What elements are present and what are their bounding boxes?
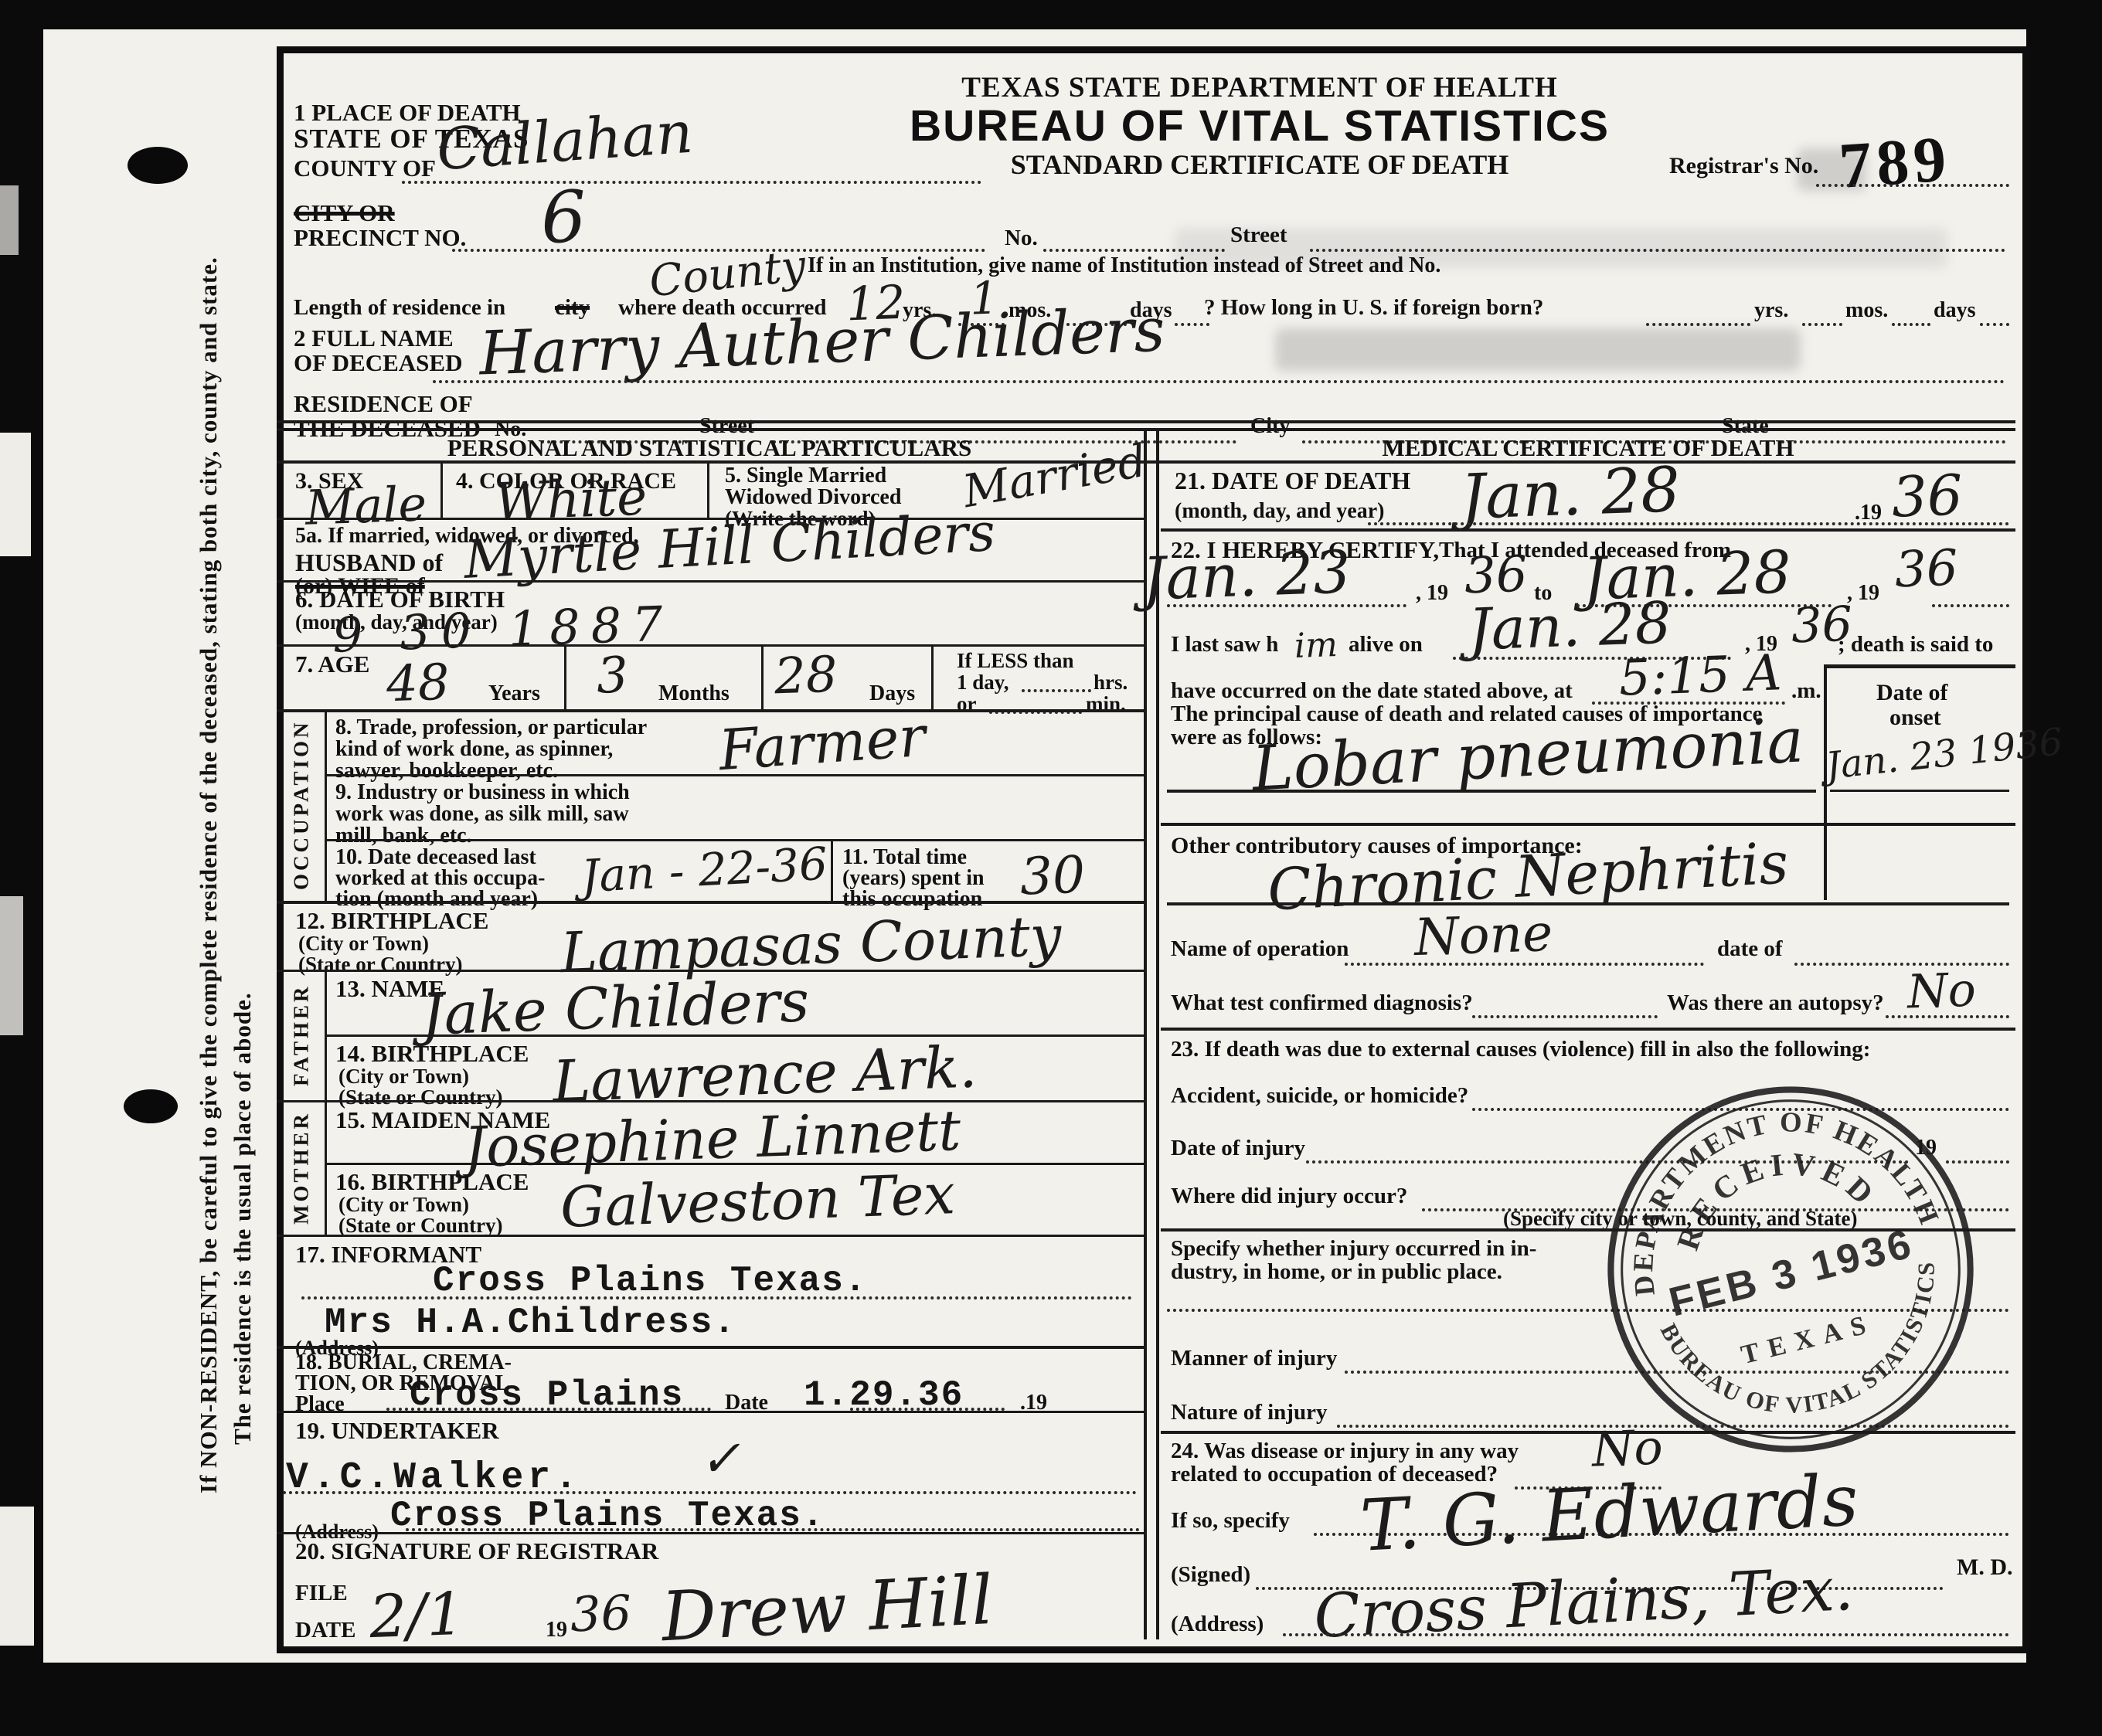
file-label: FILE [295,1581,348,1606]
q16-label: 16. BIRTHPLACE [335,1168,529,1196]
street-dotted-line [1310,249,2005,252]
row-rule [1161,823,2015,826]
q22-dotted [1932,604,2009,607]
onset-label-1: Date of [1876,680,1947,706]
no-label: No. [1005,226,1038,251]
row-rule [325,1163,1144,1165]
punch-hole [128,147,188,184]
q20-label: 20. SIGNATURE OF REGISTRAR [295,1537,658,1565]
street-label: Street [1230,223,1287,248]
length-dotted [1802,323,1842,326]
test-dotted [1472,1015,1658,1018]
to-19-label: , 19 [1847,581,1879,606]
undertaker-dotted [283,1491,1137,1494]
age-months-value: 3 [596,647,629,705]
q24-label-1: 24. Was disease or injury in any way [1171,1439,1519,1464]
cell-line [325,1100,327,1235]
min-label: min. [1086,692,1126,716]
date-label: DATE [295,1618,355,1643]
section-rule [277,420,2015,423]
informant-place-value: Cross Plains Texas. [433,1261,868,1301]
precinct-value: 6 [539,175,587,260]
cell-line [761,644,764,709]
q12-label: 12. BIRTHPLACE [295,907,488,935]
file-date-value: 2/1 [368,1579,464,1651]
onset-box-line [1824,664,1827,900]
age-years-value: 48 [386,654,451,714]
registrar-no-label: Registrar's No. [1669,153,1818,179]
contrib-underline [1167,902,2009,905]
cause-underline [1167,790,1816,793]
days-cell-label: Days [869,681,915,706]
dept-title: TEXAS STATE DEPARTMENT OF HEALTH [819,71,1700,104]
death-date-value: Jan. 28 [1459,454,1681,533]
dateof-dotted [1794,963,2009,966]
foreign-mos-label: mos. [1845,298,1888,323]
row-rule [325,1034,1144,1037]
margin-note-nonresident: If NON-RESIDENT, be careful to give the … [195,108,223,1642]
death-time-value: 5:15 A [1618,644,1783,707]
punch-hole [124,1089,178,1123]
nature-label: Nature of injury [1171,1400,1327,1425]
specify-ind-label-2: dustry, in home, or in public place. [1171,1259,1502,1285]
county-dotted-line [402,181,981,184]
informant-name-value: Mrs H.A.Childress. [325,1303,736,1343]
no-dotted-line [1043,249,1225,252]
length-dotted [1980,323,2009,326]
age-days-value: 28 [774,647,838,706]
where-label: Where did injury occur? [1171,1184,1407,1209]
row-rule [277,1100,1144,1102]
county-of-label: COUNTY OF [294,155,436,182]
scan-bottom-band [0,1663,2102,1736]
phys-address-dotted [1283,1633,2009,1636]
q18-place-label: Place [295,1392,345,1417]
registrar-dotted-line [1816,184,2009,187]
residence-label-1: RESIDENCE OF [294,390,473,418]
manner-label: Manner of injury [1171,1346,1337,1371]
onset-box-top [1824,664,2015,668]
row-rule [325,774,1144,776]
death-said-label: ; death is said to [1838,632,1993,657]
q22-dotted [1167,604,1406,607]
test-label: What test confirmed diagnosis? [1171,990,1473,1016]
undertaker-checkmark: ✓ [699,1430,742,1489]
row-rule [277,580,1144,583]
operation-value: None [1413,903,1554,967]
foreign-born-label: ? How long in U. S. if foreign born? [1204,295,1543,321]
cell-line [325,709,327,901]
accident-label: Accident, suicide, or homicide? [1171,1083,1468,1109]
undertaker-addr-dotted [406,1528,1140,1531]
last-saw-label-1: I last saw h [1171,632,1278,657]
fullname-label-1: 2 FULL NAME [294,324,454,352]
occupation-vertical-label: OCCUPATION [280,709,323,901]
scan-left-patch [0,433,31,556]
registrar-no-value: 789 [1837,121,1953,204]
q21-dotted [1368,522,2009,525]
row-rule [277,901,1144,904]
or-label: or [957,692,976,716]
date-of-label: date of [1717,936,1783,962]
if-less-label: If LESS than [957,649,1074,673]
attended-from-date: Jan. 23 [1141,537,1352,613]
injury-date-label: Date of injury [1171,1136,1305,1161]
onset-underline [1830,790,2009,792]
attended-to-year: 36 [1894,540,1959,600]
autopsy-dotted [1886,1015,2009,1018]
row-rule [277,1346,1144,1349]
q21-label: 21. DATE OF DEATH [1175,467,1410,495]
length-dotted [1175,323,1209,326]
q14-label: 14. BIRTHPLACE [335,1040,529,1068]
q23-label: 23. If death was due to external causes … [1171,1037,1870,1062]
file-19-label: 19 [546,1618,567,1643]
q21-mdy-label: (month, day, and year) [1175,499,1384,524]
scan-left-strip [0,0,43,1736]
scan-top-band [0,0,2102,29]
phys-address-label: (Address) [1171,1612,1264,1637]
row-rule [277,1532,1144,1534]
md-label: M. D. [1957,1554,2012,1581]
ifso-label: If so, specify [1171,1508,1290,1534]
mother-birthplace-value: Galveston Tex [560,1161,957,1240]
operation-label: Name of operation [1171,936,1349,962]
length-dotted [1646,323,1750,326]
years-label: Years [488,681,540,706]
fullname-dotted-line [433,380,2005,383]
from-19-label: , 19 [1416,581,1448,606]
months-label: Months [658,681,730,706]
row-rule [277,644,1144,647]
scan-left-patch [0,1507,34,1646]
total-time-value: 30 [1019,845,1087,907]
personal-section-title: PERSONAL AND STATISTICAL PARTICULARS [354,434,1065,462]
stamp-state-text: TEXAS [1738,1307,1878,1370]
city-or-label-struck: CITY OR [294,199,395,227]
foreign-yrs-label: yrs. [1754,298,1788,323]
cell-line [931,644,934,709]
institution-note: If in an Institution, give name of Insti… [808,253,1440,278]
occurred-label: have occurred on the date stated above, … [1171,678,1573,704]
father-vertical-label: FATHER [280,970,323,1100]
death-certificate-scan: If NON-RESIDENT, be careful to give the … [0,0,2102,1736]
row-rule [277,709,1144,712]
foreign-days-label: days [1934,298,1975,323]
death-year-value: 36 [1891,462,1964,529]
hrs-dotted [1022,689,1091,692]
row-rule [277,1235,1144,1237]
row-rule [277,1411,1144,1413]
one-day-label: 1 day, [957,671,1009,695]
row-rule [325,839,1144,841]
fullname-label-2: OF DECEASED [294,349,462,377]
length-dotted [1892,323,1930,326]
scan-right-strip [2026,0,2102,1736]
scan-left-patch [0,896,23,1035]
autopsy-label: Was there an autopsy? [1667,990,1884,1016]
autopsy-value: No [1906,963,1977,1019]
margin-note-residence: The residence is the usual place of abod… [229,796,257,1642]
precinct-no-label: PRECINCT NO. [294,224,466,252]
scan-left-patch [0,185,19,255]
row-rule [1161,1028,2015,1031]
row-rule [1161,528,2015,532]
hrs-label: hrs. [1094,671,1128,695]
mother-vertical-label: MOTHER [280,1100,323,1235]
standard-title: STANDARD CERTIFICATE OF DEATH [819,148,1700,181]
age-label: 7. AGE [295,651,369,678]
last-saw-im: im [1294,625,1338,666]
informant-dotted [301,1296,1132,1299]
operation-dotted [1345,963,1704,966]
cell-line [707,464,709,518]
file-year-value: 36 [570,1585,632,1643]
specify-ind-label-1: Specify whether injury occurred in in- [1171,1236,1536,1262]
onset-label-2: onset [1889,705,1941,731]
bureau-title: BUREAU OF VITAL STATISTICS [742,100,1777,151]
last-saw-label-2: alive on [1349,632,1423,657]
cell-line [440,464,443,518]
cell-line [564,644,566,709]
cell-line [831,839,833,901]
q19-label: 19. UNDERTAKER [295,1417,499,1445]
am-label: .m. [1791,678,1821,704]
signed-label: (Signed) [1171,1562,1250,1588]
residence-length-label-1: Length of residence in [294,295,505,321]
